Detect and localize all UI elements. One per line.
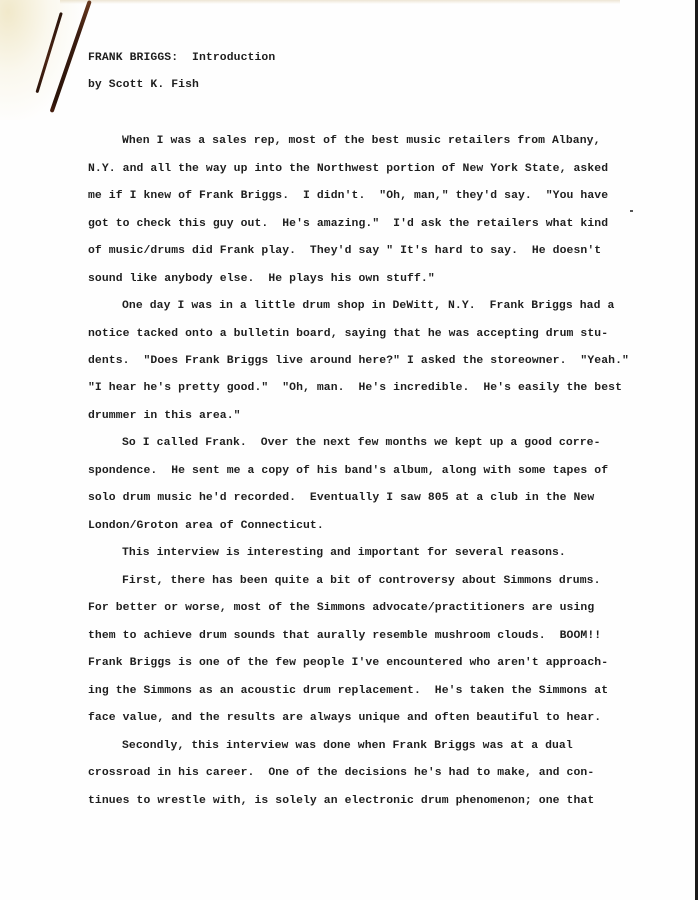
paragraph-line: Frank Briggs is one of the few people I'… [88, 656, 608, 670]
paragraph-line: of music/drums did Frank play. They'd sa… [88, 244, 601, 258]
paragraph-line: notice tacked onto a bulletin board, say… [88, 327, 608, 341]
paragraph-line: face value, and the results are always u… [88, 711, 601, 725]
paragraph-line: crossroad in his career. One of the deci… [88, 766, 594, 780]
paper-edge-stain [60, 0, 620, 4]
paragraph-line: ing the Simmons as an acoustic drum repl… [88, 684, 608, 698]
paragraph-line: tinues to wrestle with, is solely an ele… [88, 794, 594, 808]
paragraph-line: me if I knew of Frank Briggs. I didn't. … [88, 189, 608, 203]
paragraph-line: Secondly, this interview was done when F… [122, 739, 573, 753]
paragraph-line: London/Groton area of Connecticut. [88, 519, 324, 533]
paragraph-line: them to achieve drum sounds that aurally… [88, 629, 601, 643]
paragraph-line: "I hear he's pretty good." "Oh, man. He'… [88, 381, 622, 395]
ink-speck [630, 210, 633, 212]
document-title: FRANK BRIGGS: Introduction [88, 51, 275, 65]
paragraph-line: dents. "Does Frank Briggs live around he… [88, 354, 629, 368]
document-byline: by Scott K. Fish [88, 78, 199, 92]
paragraph-line: For better or worse, most of the Simmons… [88, 601, 594, 615]
paragraph-line: spondence. He sent me a copy of his band… [88, 464, 608, 478]
paragraph-line: This interview is interesting and import… [122, 546, 566, 560]
typewritten-page: FRANK BRIGGS: Introduction by Scott K. F… [0, 0, 698, 900]
paragraph-line: sound like anybody else. He plays his ow… [88, 272, 435, 286]
paragraph-line: solo drum music he'd recorded. Eventuall… [88, 491, 594, 505]
paragraph-line: got to check this guy out. He's amazing.… [88, 217, 608, 231]
paragraph-line: One day I was in a little drum shop in D… [122, 299, 614, 313]
paragraph-line: First, there has been quite a bit of con… [122, 574, 601, 588]
paragraph-line: drummer in this area." [88, 409, 241, 423]
paragraph-line: So I called Frank. Over the next few mon… [122, 436, 601, 450]
paragraph-line: N.Y. and all the way up into the Northwe… [88, 162, 608, 176]
paragraph-line: When I was a sales rep, most of the best… [122, 134, 601, 148]
